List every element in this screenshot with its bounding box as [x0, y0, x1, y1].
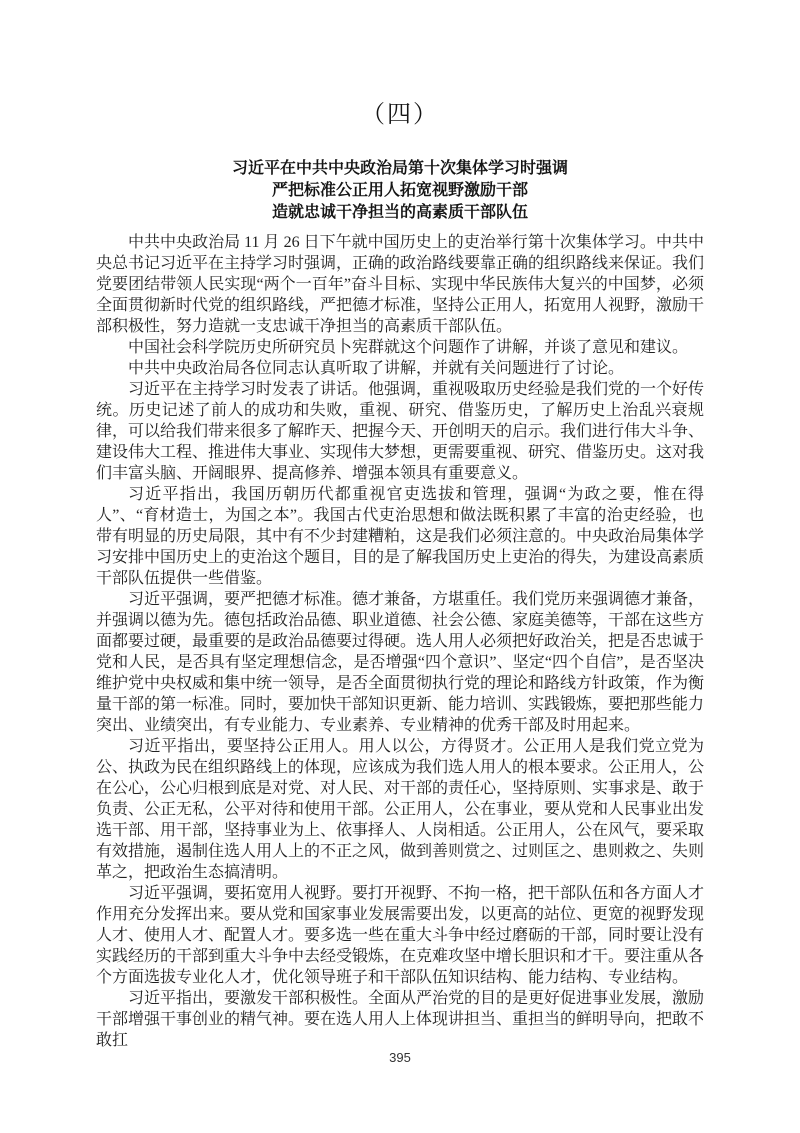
headline-line-2: 严把标准公正用人拓宽视野激励干部 — [0, 180, 800, 202]
paragraph: 中共中央政治局各位同志认真听取了讲解，并就有关问题进行了讨论。 — [96, 358, 704, 379]
paragraph: 习近平指出，要激发干部积极性。全面从严治党的目的是更好促进事业发展，激励干部增强… — [96, 988, 704, 1051]
headline-line-3: 造就忠诚干净担当的高素质干部队伍 — [0, 202, 800, 224]
page-number: 395 — [0, 1050, 800, 1065]
headline-line-1: 习近平在中共中央政治局第十次集体学习时强调 — [0, 158, 800, 180]
paragraph: 习近平指出，我国历朝历代都重视官吏选拔和管理，强调“为政之要，惟在得人”、“育材… — [96, 484, 704, 589]
paragraph: 习近平在主持学习时发表了讲话。他强调，重视吸取历史经验是我们党的一个好传统。历史… — [96, 379, 704, 484]
body-text: 中共中央政治局 11 月 26 日下午就中国历史上的吏治举行第十次集体学习。中共… — [96, 232, 704, 1051]
paragraph: 习近平指出，要坚持公正用人。用人以公，方得贤才。公正用人是我们党立党为公、执政为… — [96, 736, 704, 883]
section-number: （四） — [0, 0, 800, 129]
document-title: 习近平在中共中央政治局第十次集体学习时强调 严把标准公正用人拓宽视野激励干部 造… — [0, 158, 800, 224]
paragraph: 中共中央政治局 11 月 26 日下午就中国历史上的吏治举行第十次集体学习。中共… — [96, 232, 704, 337]
paragraph: 习近平强调，要严把德才标准。德才兼备，方堪重任。我们党历来强调德才兼备，并强调以… — [96, 589, 704, 736]
paragraph: 中国社会科学院历史所研究员卜宪群就这个问题作了讲解，并谈了意见和建议。 — [96, 337, 704, 358]
paragraph: 习近平强调，要拓宽用人视野。要打开视野、不拘一格，把干部队伍和各方面人才作用充分… — [96, 883, 704, 988]
document-page: （四） 习近平在中共中央政治局第十次集体学习时强调 严把标准公正用人拓宽视野激励… — [0, 0, 800, 1133]
